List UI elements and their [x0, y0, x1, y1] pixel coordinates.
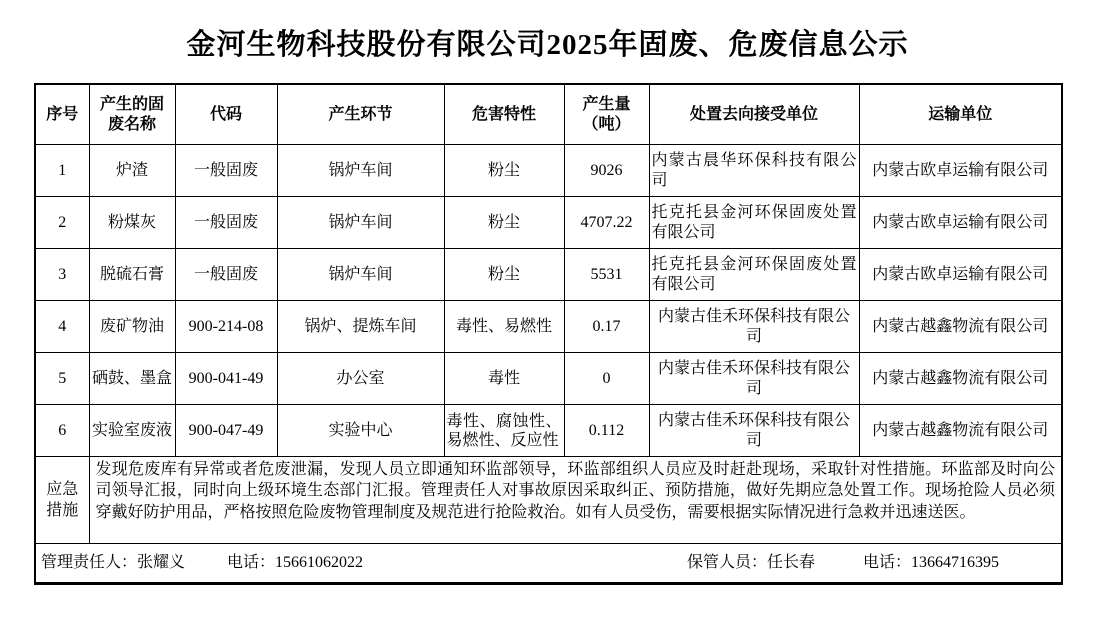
cell-code: 900-047-49: [175, 405, 277, 457]
manager-name: 张耀义: [137, 554, 185, 571]
keeper-label-and-name: 保管人员：任长春: [687, 553, 815, 573]
cell-stage: 实验中心: [277, 405, 444, 457]
cell-disposal-unit-text: 托克托县金河环保固废处置有限公司: [652, 255, 857, 295]
cell-no-text: 3: [38, 265, 87, 285]
cell-code: 一般固废: [175, 197, 277, 249]
col-header-no: 序号: [35, 84, 89, 145]
cell-waste-name-text: 硒鼓、墨盒: [92, 369, 173, 389]
table-row: 1炉渣一般固废锅炉车间粉尘9026内蒙古晨华环保科技有限公司内蒙古欧卓运输有限公…: [35, 145, 1062, 197]
cell-code-text: 一般固废: [178, 265, 275, 285]
cell-disposal-unit-text: 内蒙古佳禾环保科技有限公司: [652, 359, 857, 399]
cell-transport-unit: 内蒙古越鑫物流有限公司: [859, 353, 1062, 405]
col-header-quantity: 产生量（吨）: [564, 84, 649, 145]
cell-hazard-text: 粉尘: [447, 213, 562, 233]
cell-stage-text: 锅炉车间: [280, 213, 442, 233]
cell-stage-text: 办公室: [280, 369, 442, 389]
table-header: 序号 产生的固废名称 代码 产生环节 危害特性 产生量（吨） 处置去向接受单位 …: [35, 84, 1062, 145]
cell-waste-name: 炉渣: [89, 145, 175, 197]
cell-code-text: 900-041-49: [178, 369, 275, 389]
cell-transport-unit-text: 内蒙古欧卓运输有限公司: [862, 265, 1060, 285]
cell-stage-text: 锅炉车间: [280, 265, 442, 285]
table-row: 3脱硫石膏一般固废锅炉车间粉尘5531托克托县金河环保固废处置有限公司内蒙古欧卓…: [35, 249, 1062, 301]
emergency-text: 发现危废库有异常或者危废泄漏，发现人员立即通知环监部领导，环监部组织人员应及时赶…: [92, 458, 1060, 543]
cell-transport-unit: 内蒙古欧卓运输有限公司: [859, 249, 1062, 301]
cell-no-text: 2: [38, 213, 87, 233]
cell-code: 900-041-49: [175, 353, 277, 405]
manager-phone-label: 电话：: [227, 554, 275, 571]
cell-disposal-unit: 内蒙古佳禾环保科技有限公司: [649, 353, 859, 405]
cell-hazard: 毒性、易燃性: [444, 301, 564, 353]
cell-quantity-text: 9026: [567, 161, 647, 181]
table-body: 1炉渣一般固废锅炉车间粉尘9026内蒙古晨华环保科技有限公司内蒙古欧卓运输有限公…: [35, 145, 1062, 457]
col-header-waste-name: 产生的固废名称: [89, 84, 175, 145]
emergency-text-cell: 发现危废库有异常或者危废泄漏，发现人员立即通知环监部领导，环监部组织人员应及时赶…: [89, 457, 1062, 544]
cell-stage-text: 实验中心: [280, 421, 442, 441]
col-header-disposal-unit: 处置去向接受单位: [649, 84, 859, 145]
cell-disposal-unit-text: 内蒙古晨华环保科技有限公司: [652, 151, 857, 191]
cell-no-text: 1: [38, 161, 87, 181]
col-header-hazard: 危害特性: [444, 84, 564, 145]
contacts-line: 管理责任人：张耀义 电话：15661062022 保管人员：任长春 电话：136…: [38, 553, 1059, 573]
cell-quantity: 5531: [564, 249, 649, 301]
cell-quantity: 0.17: [564, 301, 649, 353]
cell-waste-name: 粉煤灰: [89, 197, 175, 249]
cell-stage: 锅炉车间: [277, 145, 444, 197]
cell-disposal-unit-text: 内蒙古佳禾环保科技有限公司: [652, 411, 857, 451]
cell-waste-name-text: 粉煤灰: [92, 213, 173, 233]
cell-code-text: 900-214-08: [178, 317, 275, 337]
header-row: 序号 产生的固废名称 代码 产生环节 危害特性 产生量（吨） 处置去向接受单位 …: [35, 84, 1062, 145]
cell-transport-unit-text: 内蒙古欧卓运输有限公司: [862, 213, 1060, 233]
cell-hazard-text: 毒性: [447, 369, 562, 389]
cell-no-text: 4: [38, 317, 87, 337]
cell-waste-name-text: 实验室废液: [92, 421, 173, 441]
cell-stage-text: 锅炉车间: [280, 161, 442, 181]
cell-transport-unit-text: 内蒙古越鑫物流有限公司: [862, 317, 1060, 337]
manager-label: 管理责任人：: [41, 554, 137, 571]
cell-no: 4: [35, 301, 89, 353]
keeper-phone: 电话：13664716395: [863, 553, 999, 573]
keeper-label: 保管人员：: [687, 554, 767, 571]
cell-waste-name: 硒鼓、墨盒: [89, 353, 175, 405]
cell-stage: 锅炉车间: [277, 249, 444, 301]
cell-quantity: 4707.22: [564, 197, 649, 249]
manager-label-and-name: 管理责任人：张耀义: [41, 553, 185, 573]
table-row: 5硒鼓、墨盒900-041-49办公室毒性0内蒙古佳禾环保科技有限公司内蒙古越鑫…: [35, 353, 1062, 405]
cell-waste-name: 脱硫石膏: [89, 249, 175, 301]
keeper-phone-label: 电话：: [863, 554, 911, 571]
cell-disposal-unit-text: 托克托县金河环保固废处置有限公司: [652, 203, 857, 243]
keeper-phone-number: 13664716395: [911, 554, 999, 571]
cell-quantity-text: 0: [567, 369, 647, 389]
cell-no: 1: [35, 145, 89, 197]
cell-code: 一般固废: [175, 249, 277, 301]
cell-hazard: 粉尘: [444, 197, 564, 249]
cell-no: 6: [35, 405, 89, 457]
cell-hazard: 粉尘: [444, 249, 564, 301]
cell-disposal-unit: 托克托县金河环保固废处置有限公司: [649, 197, 859, 249]
table-foot: 应急措施 发现危废库有异常或者危废泄漏，发现人员立即通知环监部领导，环监部组织人…: [35, 457, 1062, 584]
cell-no: 5: [35, 353, 89, 405]
cell-disposal-unit-text: 内蒙古佳禾环保科技有限公司: [652, 307, 857, 347]
cell-no-text: 5: [38, 369, 87, 389]
cell-quantity-text: 0.17: [567, 317, 647, 337]
waste-disclosure-table: 序号 产生的固废名称 代码 产生环节 危害特性 产生量（吨） 处置去向接受单位 …: [34, 83, 1063, 585]
cell-hazard: 毒性、腐蚀性、易燃性、反应性: [444, 405, 564, 457]
cell-waste-name: 实验室废液: [89, 405, 175, 457]
cell-quantity: 9026: [564, 145, 649, 197]
cell-stage: 锅炉、提炼车间: [277, 301, 444, 353]
cell-code-text: 900-047-49: [178, 421, 275, 441]
manager-phone: 电话：15661062022: [227, 553, 363, 573]
cell-code: 900-214-08: [175, 301, 277, 353]
cell-transport-unit-text: 内蒙古欧卓运输有限公司: [862, 161, 1060, 181]
cell-transport-unit-text: 内蒙古越鑫物流有限公司: [862, 421, 1060, 441]
cell-hazard-text: 毒性、易燃性: [447, 317, 562, 337]
emergency-label: 应急措施: [44, 479, 80, 521]
cell-code-text: 一般固废: [178, 213, 275, 233]
cell-transport-unit: 内蒙古欧卓运输有限公司: [859, 145, 1062, 197]
table-row: 4废矿物油900-214-08锅炉、提炼车间毒性、易燃性0.17内蒙古佳禾环保科…: [35, 301, 1062, 353]
cell-quantity-text: 5531: [567, 265, 647, 285]
col-header-transport-unit: 运输单位: [859, 84, 1062, 145]
cell-hazard: 粉尘: [444, 145, 564, 197]
cell-code: 一般固废: [175, 145, 277, 197]
col-header-stage: 产生环节: [277, 84, 444, 145]
cell-waste-name-text: 废矿物油: [92, 317, 173, 337]
cell-transport-unit: 内蒙古越鑫物流有限公司: [859, 405, 1062, 457]
cell-hazard-text: 粉尘: [447, 161, 562, 181]
table-row: 2粉煤灰一般固废锅炉车间粉尘4707.22托克托县金河环保固废处置有限公司内蒙古…: [35, 197, 1062, 249]
contacts-cell: 管理责任人：张耀义 电话：15661062022 保管人员：任长春 电话：136…: [35, 544, 1062, 584]
col-header-code: 代码: [175, 84, 277, 145]
cell-quantity-text: 4707.22: [567, 213, 647, 233]
cell-disposal-unit: 内蒙古佳禾环保科技有限公司: [649, 301, 859, 353]
cell-disposal-unit: 内蒙古佳禾环保科技有限公司: [649, 405, 859, 457]
cell-no: 3: [35, 249, 89, 301]
cell-quantity-text: 0.112: [567, 421, 647, 441]
cell-transport-unit: 内蒙古越鑫物流有限公司: [859, 301, 1062, 353]
cell-waste-name-text: 炉渣: [92, 161, 173, 181]
keeper-name: 任长春: [767, 554, 815, 571]
cell-transport-unit-text: 内蒙古越鑫物流有限公司: [862, 369, 1060, 389]
cell-no-text: 6: [38, 421, 87, 441]
page-title: 金河生物科技股份有限公司2025年固废、危废信息公示: [0, 0, 1095, 63]
manager-phone-number: 15661062022: [275, 554, 363, 571]
table-row: 6实验室废液900-047-49实验中心毒性、腐蚀性、易燃性、反应性0.112内…: [35, 405, 1062, 457]
cell-stage-text: 锅炉、提炼车间: [280, 317, 442, 337]
cell-quantity: 0.112: [564, 405, 649, 457]
cell-disposal-unit: 内蒙古晨华环保科技有限公司: [649, 145, 859, 197]
cell-stage: 锅炉车间: [277, 197, 444, 249]
cell-code-text: 一般固废: [178, 161, 275, 181]
contacts-row: 管理责任人：张耀义 电话：15661062022 保管人员：任长春 电话：136…: [35, 544, 1062, 584]
cell-stage: 办公室: [277, 353, 444, 405]
page: 金河生物科技股份有限公司2025年固废、危废信息公示 序号 产生的固废名称 代码…: [0, 0, 1095, 626]
cell-hazard: 毒性: [444, 353, 564, 405]
cell-disposal-unit: 托克托县金河环保固废处置有限公司: [649, 249, 859, 301]
emergency-row: 应急措施 发现危废库有异常或者危废泄漏，发现人员立即通知环监部领导，环监部组织人…: [35, 457, 1062, 544]
cell-hazard-text: 毒性、腐蚀性、易燃性、反应性: [447, 412, 562, 450]
cell-quantity: 0: [564, 353, 649, 405]
cell-waste-name-text: 脱硫石膏: [92, 265, 173, 285]
cell-no: 2: [35, 197, 89, 249]
cell-transport-unit: 内蒙古欧卓运输有限公司: [859, 197, 1062, 249]
cell-waste-name: 废矿物油: [89, 301, 175, 353]
cell-hazard-text: 粉尘: [447, 265, 562, 285]
emergency-label-cell: 应急措施: [35, 457, 89, 544]
